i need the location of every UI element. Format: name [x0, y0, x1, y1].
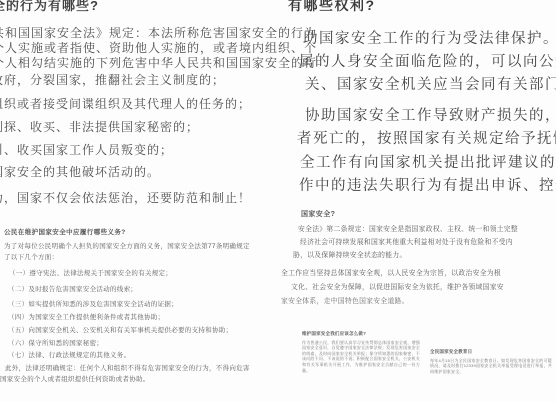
footnote-body: 每年4月15日为全民国家安全教育日。如发现危害国家安全的可疑情况，请及时拨打12… — [430, 358, 552, 375]
text-line: 者死亡的，按照国家有关规定给予抚恤优 — [297, 127, 556, 148]
footnote-body: 作为普通公民，我们要认真学习宣传贯彻总体国家安全观，增强国家安全意识，自觉遵守国… — [302, 340, 420, 374]
right-page-title: 有哪些权利? — [288, 0, 376, 15]
right-page: 有哪些权利? 助国家安全工作的行为受法律保护。因支 属的人身安全面临危险的，可以… — [0, 0, 556, 402]
text-line: 作中的违法失职行为有提出申诉、控告和 — [299, 174, 556, 195]
text-line: 胁，以及保障持续安全状态的能力。 — [293, 249, 407, 259]
text-line: 助国家安全工作的行为受法律保护。因支 — [303, 27, 556, 48]
text-line: 关、国家安全机关应当会同有关部门依法 — [305, 73, 556, 94]
footnote-heading: 全民国家安全教育日 — [430, 349, 552, 355]
text-line: 属的人身安全面临危险的，可以向公安机 — [299, 50, 556, 71]
text-line: 文化、社会安全为保障，以促进国际安全为依托，维护各领域国家安 — [291, 281, 504, 291]
text-line: 经济社会可持续发展和国家其他重大利益相对处于没有危险和不受内 — [300, 236, 513, 246]
footnote-block-right: 全民国家安全教育日 每年4月15日为全民国家安全教育日。如发现危害国家安全的可疑… — [430, 349, 552, 374]
footnote-block-left: 维护国家安全我们应该怎么做? 作为普通公民，我们要认真学习宣传贯彻总体国家安全观… — [302, 331, 420, 373]
text-line: 全工作应当坚持总体国家安全观，以人民安全为宗旨，以政治安全为根 — [281, 267, 501, 277]
scanned-document: { "colors": { "background": "#fdfdfd", "… — [0, 0, 556, 402]
text-line: 安全法》第二条规定：国家安全是指国家政权、主权、统一和领土完整 — [298, 223, 518, 233]
definition-heading: 国家安全? — [301, 209, 335, 219]
text-line: 全工作有向国家机关提出批评建议的权利 — [300, 151, 556, 172]
text-line: 家安全体系，走中国特色国家安全道路。 — [281, 295, 409, 305]
text-line: 协助国家安全工作导致财产损失的，按照 — [305, 104, 556, 125]
footnote-heading: 维护国家安全我们应该怎么做? — [302, 331, 420, 337]
